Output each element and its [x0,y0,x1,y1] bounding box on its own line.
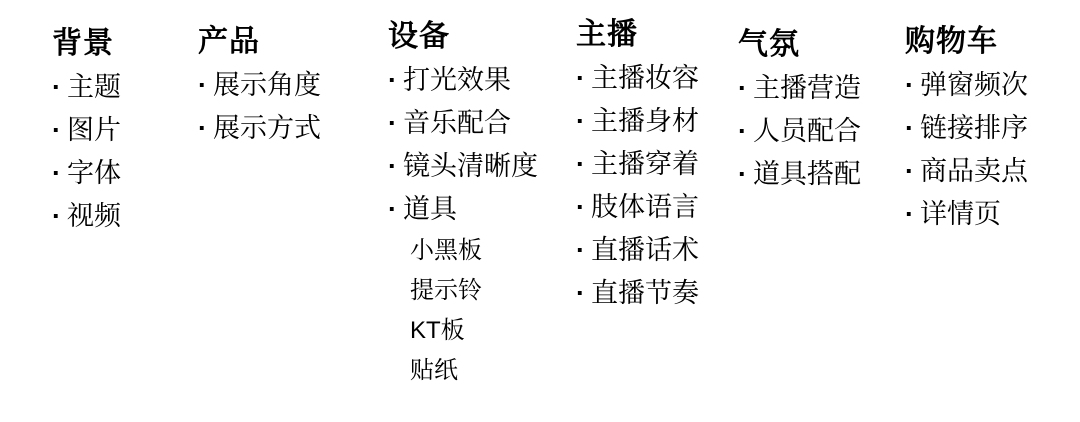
bullet-icon: · [905,64,920,107]
sub-list-item: 小黑板 [388,231,538,271]
sub-list-item: KT板 [388,311,538,351]
column-title: 产品 [198,26,321,58]
list-item: ·商品卖点 [905,150,1028,193]
list-item: ·打光效果 [388,59,538,102]
item-label: 直播节奏 [591,278,699,308]
bullet-icon: · [576,100,591,143]
bullet-icon: · [576,272,591,315]
sub-list-item: 提示铃 [388,271,538,311]
list-item: ·字体 [52,152,121,195]
list-item: ·展示方式 [198,107,321,150]
item-label: 弹窗频次 [920,70,1028,100]
bullet-icon: · [905,150,920,193]
item-label: 音乐配合 [403,108,511,138]
bullet-icon: · [738,67,753,110]
item-label: 打光效果 [403,65,511,95]
bullet-icon: · [576,186,591,229]
bullet-icon: · [905,107,920,150]
column-item-list: ·弹窗频次·链接排序·商品卖点·详情页 [905,64,1028,236]
bullet-icon: · [52,66,67,109]
category-column-6: 购物车·弹窗频次·链接排序·商品卖点·详情页 [905,26,1028,236]
item-label: 道具 [403,194,457,224]
column-title: 购物车 [905,26,1028,58]
list-item: ·弹窗频次 [905,64,1028,107]
bullet-icon: · [388,188,403,231]
column-title: 背景 [52,28,121,60]
list-item: ·链接排序 [905,107,1028,150]
list-item: ·主播身材 [576,100,699,143]
item-label: 人员配合 [753,116,861,146]
item-label: 链接排序 [920,113,1028,143]
bullet-icon: · [388,59,403,102]
column-item-list: ·主题·图片·字体·视频 [52,66,121,238]
item-label: 视频 [67,201,121,231]
item-label: 主播妆容 [591,63,699,93]
bullet-icon: · [738,110,753,153]
category-column-1: 背景·主题·图片·字体·视频 [52,28,121,238]
list-item: ·主播妆容 [576,57,699,100]
document-page: 背景·主题·图片·字体·视频产品·展示角度·展示方式设备·打光效果·音乐配合·镜… [0,0,1080,422]
list-item: ·直播话术 [576,229,699,272]
item-label: 商品卖点 [920,156,1028,186]
item-label: 主题 [67,72,121,102]
list-item: ·音乐配合 [388,102,538,145]
bullet-icon: · [576,229,591,272]
sub-list-item: 贴纸 [388,351,538,391]
list-item: ·视频 [52,195,121,238]
item-label: 详情页 [920,199,1001,229]
item-label: 主播身材 [591,106,699,136]
list-item: ·主播营造 [738,67,861,110]
item-label: 展示角度 [213,70,321,100]
bullet-icon: · [388,102,403,145]
category-column-3: 设备·打光效果·音乐配合·镜头清晰度·道具小黑板提示铃KT板贴纸 [388,21,538,391]
list-item: ·道具搭配 [738,153,861,196]
column-item-list: ·主播营造·人员配合·道具搭配 [738,67,861,196]
item-label: 主播穿着 [591,149,699,179]
item-label: 展示方式 [213,113,321,143]
column-item-list: ·主播妆容·主播身材·主播穿着·肢体语言·直播话术·直播节奏 [576,57,699,315]
category-column-5: 气氛·主播营造·人员配合·道具搭配 [738,29,861,196]
list-item: ·图片 [52,109,121,152]
category-column-2: 产品·展示角度·展示方式 [198,26,321,150]
bullet-icon: · [388,145,403,188]
category-column-4: 主播·主播妆容·主播身材·主播穿着·肢体语言·直播话术·直播节奏 [576,19,699,315]
list-item: ·人员配合 [738,110,861,153]
list-item: ·直播节奏 [576,272,699,315]
bullet-icon: · [576,143,591,186]
bullet-icon: · [52,109,67,152]
list-item: ·肢体语言 [576,186,699,229]
item-label: 主播营造 [753,73,861,103]
bullet-icon: · [738,153,753,196]
bullet-icon: · [198,107,213,150]
item-label: 道具搭配 [753,159,861,189]
column-title: 气氛 [738,29,861,61]
item-label: 肢体语言 [591,192,699,222]
item-label: 图片 [67,115,121,145]
item-label: 直播话术 [591,235,699,265]
bullet-icon: · [198,64,213,107]
list-item: ·镜头清晰度 [388,145,538,188]
list-item: ·展示角度 [198,64,321,107]
column-title: 设备 [388,21,538,53]
bullet-icon: · [905,193,920,236]
item-label: 镜头清晰度 [403,151,538,181]
list-item: ·详情页 [905,193,1028,236]
list-item: ·道具 [388,188,538,231]
bullet-icon: · [52,152,67,195]
list-item: ·主题 [52,66,121,109]
bullet-icon: · [576,57,591,100]
column-item-list: ·展示角度·展示方式 [198,64,321,150]
column-title: 主播 [576,19,699,51]
bullet-icon: · [52,195,67,238]
list-item: ·主播穿着 [576,143,699,186]
column-item-list: ·打光效果·音乐配合·镜头清晰度·道具小黑板提示铃KT板贴纸 [388,59,538,391]
item-label: 字体 [67,158,121,188]
